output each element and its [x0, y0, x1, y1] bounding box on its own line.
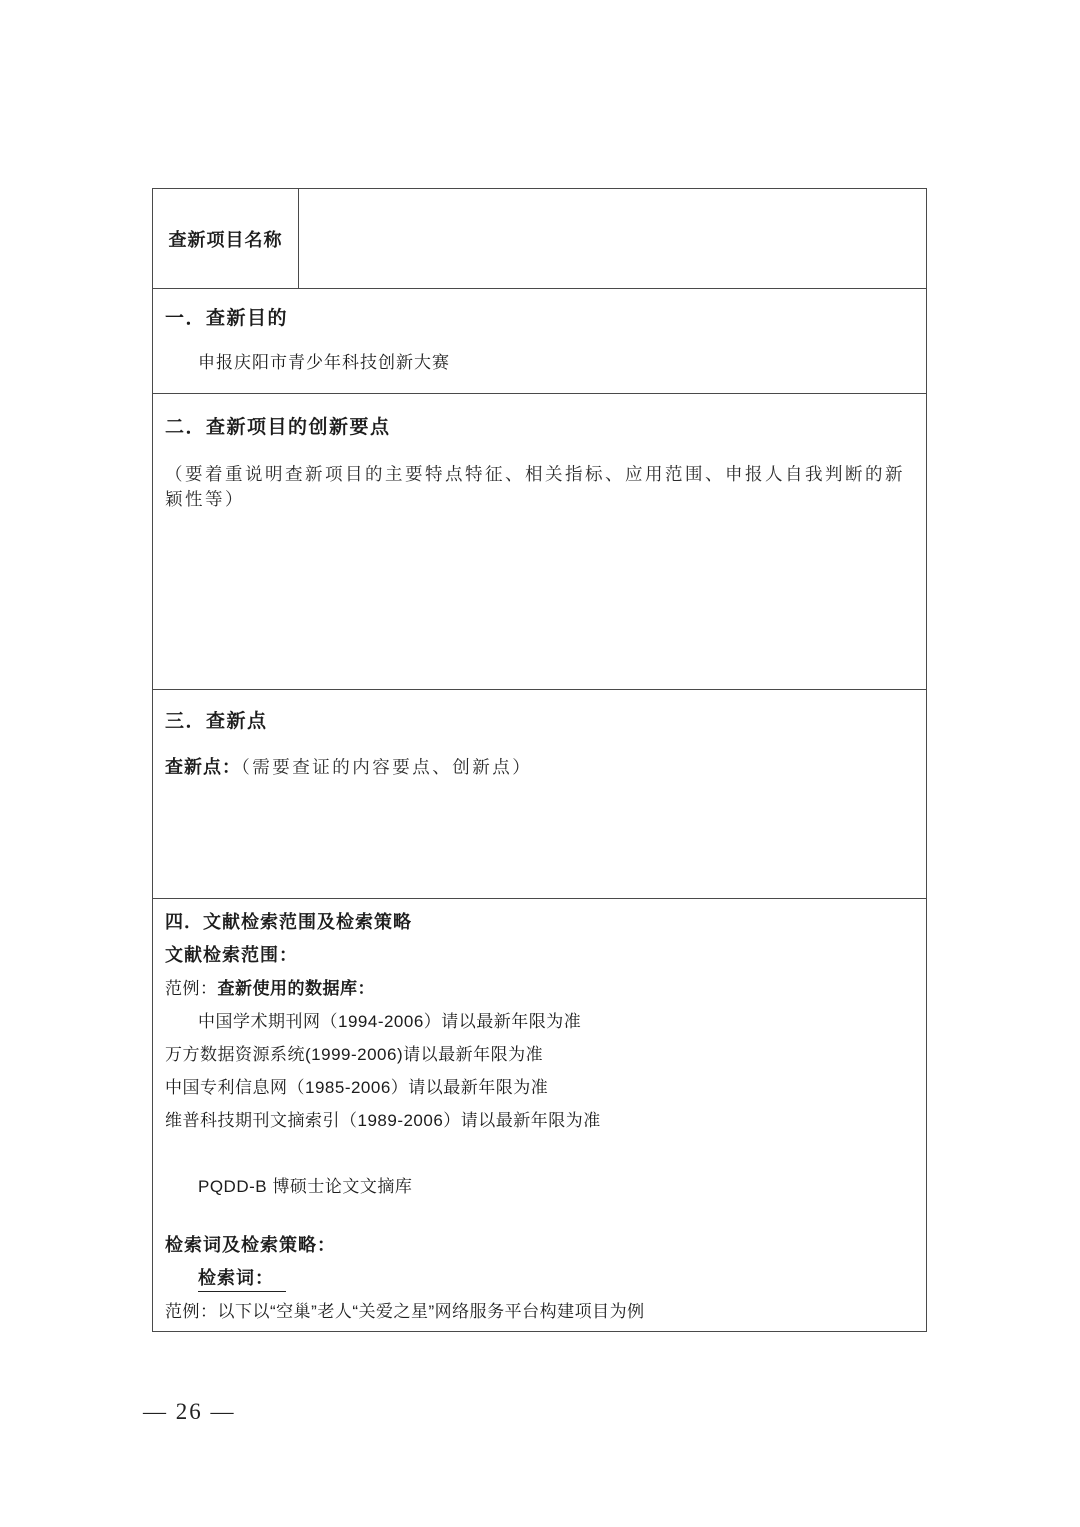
database-item: PQDD-B 博硕士论文文摘库: [165, 1170, 914, 1203]
terms-label-line: 检索词：: [165, 1262, 914, 1295]
section-purpose: 一．查新目的 申报庆阳市青少年科技创新大赛: [153, 289, 926, 394]
section-innovation: 二．查新项目的创新要点 （要着重说明查新项目的主要特点特征、相关指标、应用范围、…: [153, 394, 926, 690]
novelty-search-form-table: 查新项目名称 一．查新目的 申报庆阳市青少年科技创新大赛 二．查新项目的创新要点…: [152, 188, 927, 1332]
strategy-label: 检索词及检索策略：: [165, 1229, 914, 1262]
section-retrieval: 四．文献检索范围及检索策略 文献检索范围： 范例：查新使用的数据库： 中国学术期…: [153, 899, 926, 1331]
section-purpose-heading: 一．查新目的: [165, 303, 914, 330]
database-item: 维普科技期刊文摘索引（1989-2006）请以最新年限为准: [165, 1104, 914, 1137]
database-item: 中国专利信息网（1985-2006）请以最新年限为准: [165, 1071, 914, 1104]
database-item: 中国学术期刊网（1994-2006）请以最新年限为准: [165, 1005, 914, 1038]
blank-line: [165, 1137, 914, 1170]
section-retrieval-heading: 四．文献检索范围及检索策略: [165, 906, 914, 939]
section-points-line: 查新点：（需要查证的内容要点、创新点）: [165, 753, 914, 779]
database-label: 查新使用的数据库：: [218, 979, 376, 998]
section-innovation-note: （要着重说明查新项目的主要特点特征、相关指标、应用范围、申报人自我判断的新颖性等…: [165, 461, 914, 511]
project-name-label: 查新项目名称: [169, 226, 283, 252]
project-name-label-cell: 查新项目名称: [153, 189, 299, 288]
document-page: 查新项目名称 一．查新目的 申报庆阳市青少年科技创新大赛 二．查新项目的创新要点…: [0, 0, 1080, 1527]
retrieval-example-line: 范例：以下以“空巢”老人“关爱之星”网络服务平台构建项目为例: [165, 1295, 914, 1328]
section-points-label: 查新点：: [165, 757, 241, 777]
section-innovation-heading: 二．查新项目的创新要点: [165, 412, 914, 439]
project-name-row: 查新项目名称: [153, 189, 926, 289]
blank-line: [165, 1203, 914, 1229]
example-prefix: 范例：: [165, 979, 218, 998]
page-number: — 26 —: [143, 1399, 236, 1425]
retrieval-scope-label: 文献检索范围：: [165, 939, 914, 972]
database-item: 万方数据资源系统(1999-2006)请以最新年限为准: [165, 1038, 914, 1071]
project-name-value-cell: [299, 189, 926, 288]
section-purpose-body: 申报庆阳市青少年科技创新大赛: [165, 348, 914, 373]
section-points-heading: 三．查新点: [165, 706, 914, 733]
section-points-note: （需要查证的内容要点、创新点）: [241, 757, 532, 777]
retrieval-example-database-line: 范例：查新使用的数据库：: [165, 972, 914, 1005]
terms-label: 检索词：: [198, 1265, 286, 1292]
section-points: 三．查新点 查新点：（需要查证的内容要点、创新点）: [153, 690, 926, 899]
